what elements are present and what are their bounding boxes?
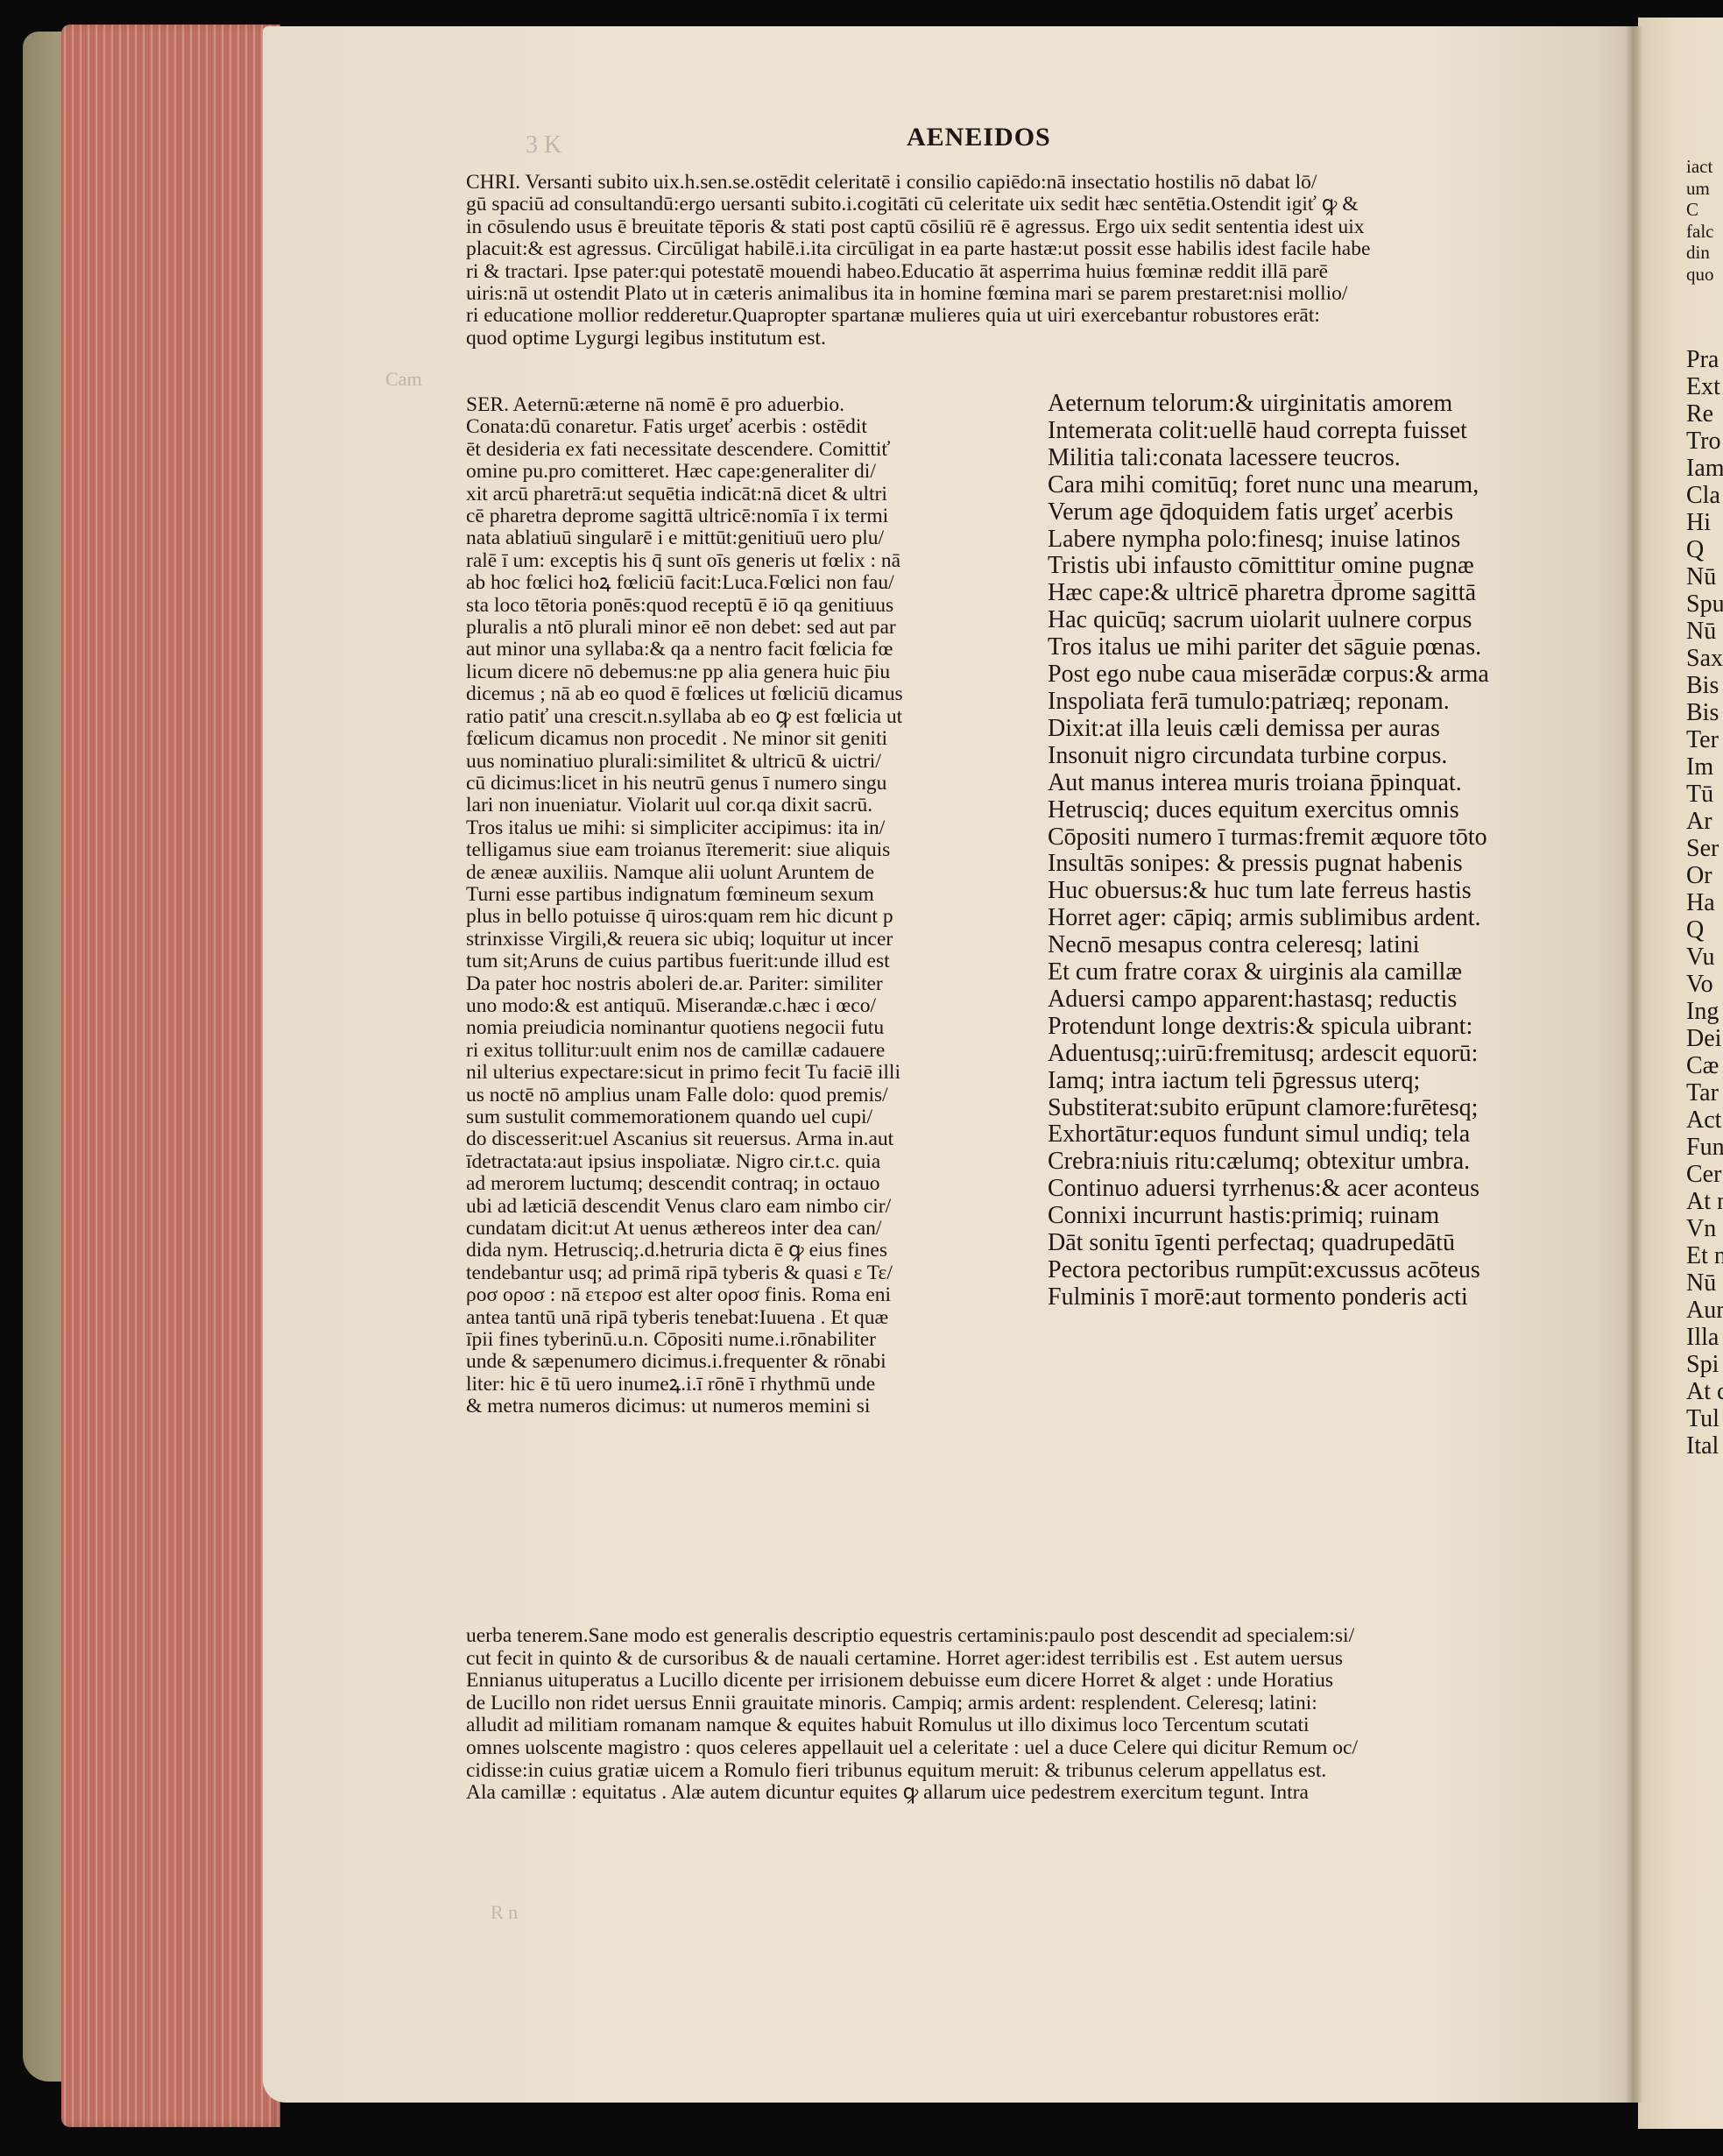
facing-verse-fragment: Bis bbox=[1686, 672, 1723, 699]
facing-verse-fragment: Bis bbox=[1686, 699, 1723, 726]
facing-verse-fragment: Nū bbox=[1686, 618, 1723, 645]
verse-line: Tristis ubi infausto cōmittitur omine pu… bbox=[1048, 553, 1621, 580]
commentary-line: cē pharetra deprome sagittā ultricē:nomī… bbox=[466, 505, 1049, 527]
commentary-line: us noctē nō amplius unam Falle dolo: quo… bbox=[466, 1085, 1049, 1106]
facing-verse-fragment: Ext bbox=[1686, 373, 1723, 400]
commentary-line: nomia preiudicia nominantur quotiens neg… bbox=[466, 1017, 1049, 1039]
commentary-line: lari non inueniatur. Violarit uul cor.qa… bbox=[466, 795, 1049, 816]
facing-verse-fragment: Aur bbox=[1686, 1297, 1723, 1324]
commentary-line: tum sit;Aruns de cuius partibus fuerit:u… bbox=[466, 951, 1049, 972]
commentary-line: ad merorem luctumq; descendit contraq; i… bbox=[466, 1173, 1049, 1195]
commentary-line: ralē ī um: exceptis his q̄ sunt oīs gene… bbox=[466, 550, 1049, 572]
show-through-margin-note: Cam bbox=[385, 368, 422, 391]
facing-verse-fragment: Vo bbox=[1686, 971, 1723, 998]
commentary-line: uiris:nā ut ostendit Plato ut in cæteris… bbox=[466, 283, 1614, 305]
commentary-line: de Lucillo non ridet uersus Ennii grauit… bbox=[466, 1693, 1622, 1715]
commentary-line: ēt desideria ex fati necessitate descend… bbox=[466, 439, 1049, 461]
commentary-line: CHRI. Versanti subito uix.h.sen.se.ostēd… bbox=[466, 172, 1614, 194]
commentary-column: SER. Aeternū:æterne nā nomē ē pro aduerb… bbox=[466, 394, 1049, 1418]
facing-verse-fragment: Cla bbox=[1686, 482, 1723, 509]
verse-line: Cara mihi comitūq; foret nunc una mearum… bbox=[1048, 472, 1621, 499]
commentary-line: ubi ad læticiā descendit Venus claro eam… bbox=[466, 1196, 1049, 1218]
commentary-line: uno modo:& est antiquū. Miserandæ.c.hæc … bbox=[466, 995, 1049, 1017]
commentary-line: Ala camillæ : equitatus . Alæ autem dicu… bbox=[466, 1782, 1622, 1805]
commentary-line: ροσ οροσ : nā ετεροσ est alter οροσ fini… bbox=[466, 1284, 1049, 1306]
commentary-line: cut fecit in quinto & de cursoribus & de… bbox=[466, 1648, 1622, 1671]
commentary-line: Ennianus uituperatus a Lucillo dicente p… bbox=[466, 1670, 1622, 1693]
facing-verse-fragment: At n bbox=[1686, 1188, 1723, 1215]
facing-fragment: C bbox=[1686, 199, 1714, 221]
red-fore-edge bbox=[61, 25, 280, 2127]
facing-verse-fragment: Tar bbox=[1686, 1079, 1723, 1106]
commentary-line: ab hoc fœlici hoꝝ fœliciū facit:Luca.Fœl… bbox=[466, 572, 1049, 594]
verse-line: Substiterat:subito erūpunt clamore:furēt… bbox=[1048, 1095, 1621, 1122]
facing-verse-fragment: Ter bbox=[1686, 726, 1723, 753]
verse-line: Hæc cape:& ultricē pharetra d̄prome sagi… bbox=[1048, 580, 1621, 607]
facing-fragment: din bbox=[1686, 242, 1714, 264]
commentary-line: quod optime Lygurgi legibus institutum e… bbox=[466, 328, 1614, 350]
commentary-line: liter: hic ē tū uero inumeꝝ.i.ī rōnē ī r… bbox=[466, 1374, 1049, 1396]
verse-line: Insonuit nigro circundata turbine corpus… bbox=[1048, 743, 1621, 770]
facing-verse-fragment: Spu bbox=[1686, 590, 1723, 618]
verse-line: Aeternum telorum:& uirginitatis amorem bbox=[1048, 391, 1621, 418]
verse-line: Post ego nube caua miserādæ corpus:& arm… bbox=[1048, 661, 1621, 689]
commentary-line: omine pu.pro comitteret. Hæc cape:genera… bbox=[466, 461, 1049, 483]
commentary-line: sta loco tētoria ponēs:quod receptū ē iō… bbox=[466, 595, 1049, 617]
commentary-line: tendebantur usq; ad primā ripā tyberis &… bbox=[466, 1262, 1049, 1284]
facing-verse-fragment: Spi bbox=[1686, 1351, 1723, 1378]
facing-verse-fragment: Tro bbox=[1686, 428, 1723, 455]
facing-verse-fragment: Pra bbox=[1686, 346, 1723, 373]
commentary-line: alludit ad militiam romanam namque & equ… bbox=[466, 1714, 1622, 1737]
verse-line: Intemerata colit:uellē haud correpta fui… bbox=[1048, 418, 1621, 445]
commentary-line: Tros italus ue mihi: si simpliciter acci… bbox=[466, 817, 1049, 839]
facing-page-verse-fragments: PraExtReTroIamClaHiQNūSpuNūSaxBisBisTerI… bbox=[1686, 346, 1723, 1460]
verse-line: Labere nympha polo:finesq; inuise latino… bbox=[1048, 527, 1621, 554]
commentary-line: omnes uolscente magistro : quos celeres … bbox=[466, 1737, 1622, 1760]
commentary-line: ri exitus tollitur:uult enim nos de cami… bbox=[466, 1040, 1049, 1062]
verse-line: Hac quicūq; sacrum uiolarit uulnere corp… bbox=[1048, 607, 1621, 634]
verse-line: Et cum fratre corax & uirginis ala camil… bbox=[1048, 959, 1621, 986]
verse-line: Horret ager: cāpiq; armis sublimibus ard… bbox=[1048, 905, 1621, 932]
facing-verse-fragment: Act bbox=[1686, 1106, 1723, 1134]
running-head: AENEIDOS bbox=[907, 123, 1051, 152]
commentary-line: Conata:dū conaretur. Fatis urgeť acerbis… bbox=[466, 416, 1049, 438]
facing-verse-fragment: Q bbox=[1686, 916, 1723, 944]
verse-line: Necnō mesapus contra celeresq; latini bbox=[1048, 932, 1621, 959]
commentary-line: do discesserit:uel Ascanius sit reuersus… bbox=[466, 1128, 1049, 1150]
facing-verse-fragment: Iam bbox=[1686, 455, 1723, 482]
commentary-line: nil ulterius expectare:sicut in primo fe… bbox=[466, 1062, 1049, 1084]
facing-verse-fragment: Q bbox=[1686, 536, 1723, 563]
commentary-line: īpii fines tyberinū.u.n. Cōpositi nume.i… bbox=[466, 1329, 1049, 1351]
commentary-line: in cōsulendo usus ē breuitate tēporis & … bbox=[466, 216, 1614, 238]
verse-line: Crebra:niuis ritu:cælumq; obtexitur umbr… bbox=[1048, 1149, 1621, 1176]
facing-verse-fragment: Cæ bbox=[1686, 1052, 1723, 1079]
verse-column: Aeternum telorum:& uirginitatis amoremIn… bbox=[1048, 391, 1621, 1311]
commentary-line: uus nominatiuo plurali:similitet & ultri… bbox=[466, 751, 1049, 773]
verse-line: Aut manus interea muris troiana p̄pinqua… bbox=[1048, 770, 1621, 797]
commentary-line: dida nym. Hetrusciq;.d.hetruria dicta ē … bbox=[466, 1240, 1049, 1262]
facing-fragment: um bbox=[1686, 178, 1714, 200]
facing-verse-fragment: Re bbox=[1686, 400, 1723, 428]
facing-verse-fragment: Im bbox=[1686, 753, 1723, 781]
verse-line: Insultās sonipes: & pressis pugnat haben… bbox=[1048, 851, 1621, 878]
facing-verse-fragment: Et n bbox=[1686, 1242, 1723, 1269]
facing-verse-fragment: Ser bbox=[1686, 835, 1723, 862]
commentary-line: cū dicimus:licet in his neutrū genus ī n… bbox=[466, 773, 1049, 795]
commentary-line: dicemus ; nā ab eo quod ē fœlices ut fœl… bbox=[466, 683, 1049, 705]
facing-fragment: falc bbox=[1686, 221, 1714, 243]
verse-line: Cōpositi numero ī turmas:fremit æquore t… bbox=[1048, 824, 1621, 852]
commentary-line: ri & tractari. Ipse pater:qui potestatē … bbox=[466, 261, 1614, 283]
commentary-line: SER. Aeternū:æterne nā nomē ē pro aduerb… bbox=[466, 394, 1049, 416]
commentary-line: unde & sæpenumero dicimus.i.frequenter &… bbox=[466, 1351, 1049, 1373]
facing-verse-fragment: Hi bbox=[1686, 509, 1723, 536]
facing-verse-fragment: Fun bbox=[1686, 1134, 1723, 1161]
facing-verse-fragment: Vu bbox=[1686, 944, 1723, 971]
facing-verse-fragment: At c bbox=[1686, 1378, 1723, 1405]
commentary-line: xit arcū pharetrā:ut sequētia indicāt:nā… bbox=[466, 484, 1049, 505]
commentary-line: aut minor una syllaba:& qa a nentro faci… bbox=[466, 639, 1049, 661]
verse-line: Protendunt longe dextris:& spicula uibra… bbox=[1048, 1014, 1621, 1041]
facing-verse-fragment: Cer bbox=[1686, 1161, 1723, 1188]
facing-verse-fragment: Nū bbox=[1686, 563, 1723, 590]
verse-line: Inspoliata ferā tumulo:patriæq; reponam. bbox=[1048, 689, 1621, 716]
facing-verse-fragment: Or bbox=[1686, 862, 1723, 889]
commentary-line: strinxisse Virgili,& reuera sic ubiq; lo… bbox=[466, 929, 1049, 951]
facing-page-top-fragments: iactum Cfalcdinquo bbox=[1686, 156, 1714, 285]
facing-fragment: quo bbox=[1686, 264, 1714, 286]
verse-line: Dixit:at illa leuis cæli demissa per aur… bbox=[1048, 716, 1621, 743]
commentary-line: uerba tenerem.Sane modo est generalis de… bbox=[466, 1625, 1622, 1648]
commentary-line: cidisse:in cuius gratiæ uicem a Romulo f… bbox=[466, 1760, 1622, 1783]
commentary-line: sum sustulit commemorationem quando uel … bbox=[466, 1106, 1049, 1128]
commentary-line: ratio patiť una crescit.n.syllaba ab eo … bbox=[466, 706, 1049, 728]
verse-line: Aduentusq;:uirū:fremitusq; ardescit equo… bbox=[1048, 1041, 1621, 1068]
gutter-shadow bbox=[1625, 26, 1642, 2103]
commentary-line: īdetractata:aut ipsius inspoliatæ. Nigro… bbox=[466, 1151, 1049, 1173]
verse-line: Aduersi campo apparent:hastasq; reductis bbox=[1048, 986, 1621, 1014]
commentary-line: antea tantū unā ripā tyberis tenebat:Iuu… bbox=[466, 1307, 1049, 1329]
facing-verse-fragment: Ing bbox=[1686, 998, 1723, 1025]
verse-line: Pectora pectoribus rumpūt:excussus acōte… bbox=[1048, 1257, 1621, 1284]
commentary-line: plus in bello potuisse q̄ uiros:quam rem… bbox=[466, 906, 1049, 928]
commentary-line: Da pater hoc nostris aboleri de.ar. Pari… bbox=[466, 973, 1049, 995]
facing-verse-fragment: Ar bbox=[1686, 808, 1723, 835]
verse-line: Tros italus ue mihi pariter det sāguie p… bbox=[1048, 634, 1621, 661]
bottom-commentary: uerba tenerem.Sane modo est generalis de… bbox=[466, 1625, 1622, 1805]
verse-line: Dāt sonitu īgenti perfectaq; quadrupedāt… bbox=[1048, 1230, 1621, 1257]
verse-line: Iamq; intra iactum teli p̄gressus uterq; bbox=[1048, 1068, 1621, 1095]
facing-verse-fragment: Tū bbox=[1686, 781, 1723, 808]
commentary-line: nata ablatiuū singularē i e mittūt:genit… bbox=[466, 527, 1049, 549]
commentary-line: gū spaciū ad consultandū:ergo uersanti s… bbox=[466, 194, 1614, 216]
commentary-line: ri educatione mollior redderetur.Quaprop… bbox=[466, 305, 1614, 327]
facing-fragment: iact bbox=[1686, 156, 1714, 178]
show-through-signature: R n bbox=[491, 1901, 518, 1924]
commentary-line: de æneæ auxiliis. Namque alii uolunt Aru… bbox=[466, 862, 1049, 884]
verse-line: Fulminis ī morē:aut tormento ponderis ac… bbox=[1048, 1284, 1621, 1311]
facing-verse-fragment: Tul bbox=[1686, 1405, 1723, 1432]
facing-verse-fragment: Nū bbox=[1686, 1269, 1723, 1297]
verse-line: Exhortātur:equos fundunt simul undiq; te… bbox=[1048, 1121, 1621, 1149]
commentary-line: cundatam dicit:ut At uenus æthereos inte… bbox=[466, 1218, 1049, 1240]
verse-line: Connixi incurrunt hastis:primiq; ruinam bbox=[1048, 1203, 1621, 1230]
verse-line: Hetrusciq; duces equitum exercitus omnis bbox=[1048, 797, 1621, 824]
facing-verse-fragment: Ital bbox=[1686, 1432, 1723, 1460]
commentary-line: telligamus siue eam troianus īteremerit:… bbox=[466, 839, 1049, 861]
verse-line: Verum age q̄doquidem fatis urgeť acerbis bbox=[1048, 499, 1621, 527]
verse-line: Continuo aduersi tyrrhenus:& acer aconte… bbox=[1048, 1176, 1621, 1203]
show-through-mark: 3 K bbox=[526, 131, 561, 159]
verse-line: Huc obuersus:& huc tum late ferreus hast… bbox=[1048, 878, 1621, 905]
commentary-line: & metra numeros dicimus: ut numeros memi… bbox=[466, 1396, 1049, 1417]
commentary-line: Turni esse partibus indignatum fœmineum … bbox=[466, 884, 1049, 906]
verse-line: Militia tali:conata lacessere teucros. bbox=[1048, 445, 1621, 472]
commentary-line: pluralis a ntō plurali minor eē non debe… bbox=[466, 617, 1049, 639]
facing-verse-fragment: Sax bbox=[1686, 645, 1723, 672]
commentary-line: licum dicere nō debemus:ne pp alia gener… bbox=[466, 661, 1049, 683]
facing-verse-fragment: Illa bbox=[1686, 1324, 1723, 1351]
commentary-line: placuit:& est agressus. Circūligat habil… bbox=[466, 238, 1614, 260]
facing-verse-fragment: Ha bbox=[1686, 889, 1723, 916]
facing-verse-fragment: Vn bbox=[1686, 1215, 1723, 1242]
top-commentary: CHRI. Versanti subito uix.h.sen.se.ostēd… bbox=[466, 172, 1614, 350]
facing-verse-fragment: Dei bbox=[1686, 1025, 1723, 1052]
commentary-line: fœlicum dicamus non procedit . Ne minor … bbox=[466, 728, 1049, 750]
